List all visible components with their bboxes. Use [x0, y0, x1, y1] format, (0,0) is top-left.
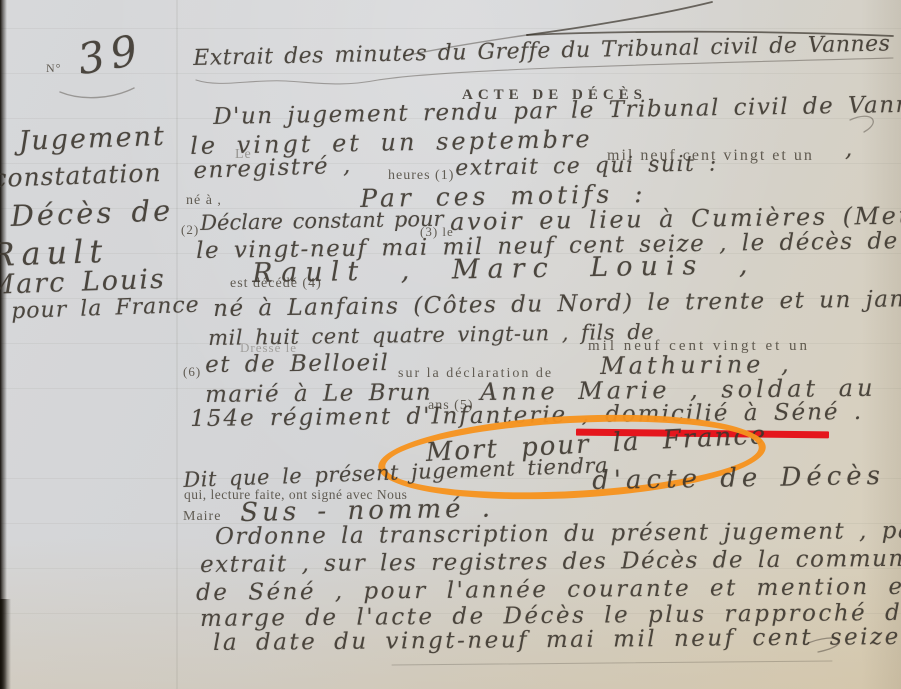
body-line-jugement-rendu: D'un jugement rendu par le Tribunal civi… — [213, 91, 901, 130]
printed-ref-6: (6) — [183, 364, 201, 380]
photo-left-edge-shadow — [0, 599, 11, 689]
printed-ref-2: (2) — [181, 222, 199, 238]
photo-left-edge — [0, 0, 7, 689]
margin-note-line: Jugement — [18, 121, 166, 157]
body-line-declare-constant: Déclare constant pour — [200, 207, 444, 235]
body-line-comma: , — [845, 136, 854, 162]
printed-ne-a: né à , — [186, 193, 222, 209]
body-line-extrait-suit: extrait ce qui suit : — [455, 151, 718, 181]
margin-note-line: constatation — [0, 158, 162, 193]
body-line-dacte-de-deces: d'acte de Décès — [592, 461, 885, 496]
paper-fold — [176, 0, 178, 689]
body-line-enregistre: enregistré , — [193, 152, 352, 184]
margin-note-line: Décès de — [10, 193, 174, 233]
body-line-ordonne: Ordonne la transcription du présent juge… — [215, 518, 901, 550]
archival-document-photo: N° 39 Jugement constatation Décès de Rau… — [0, 0, 901, 689]
printed-maire: Maire — [183, 509, 221, 525]
body-line-date-finale: la date du vingt-neuf mai mil neuf cent … — [213, 624, 901, 656]
heading-extrait: Extrait des minutes du Greffe du Tribuna… — [193, 29, 901, 71]
body-line-et-de-mere: et de Belloeil — [205, 350, 389, 378]
registry-number-value: 39 — [74, 25, 147, 85]
registry-number-label: N° — [46, 61, 61, 76]
body-line-registres: extrait , sur les registres des Décès de… — [200, 546, 901, 578]
